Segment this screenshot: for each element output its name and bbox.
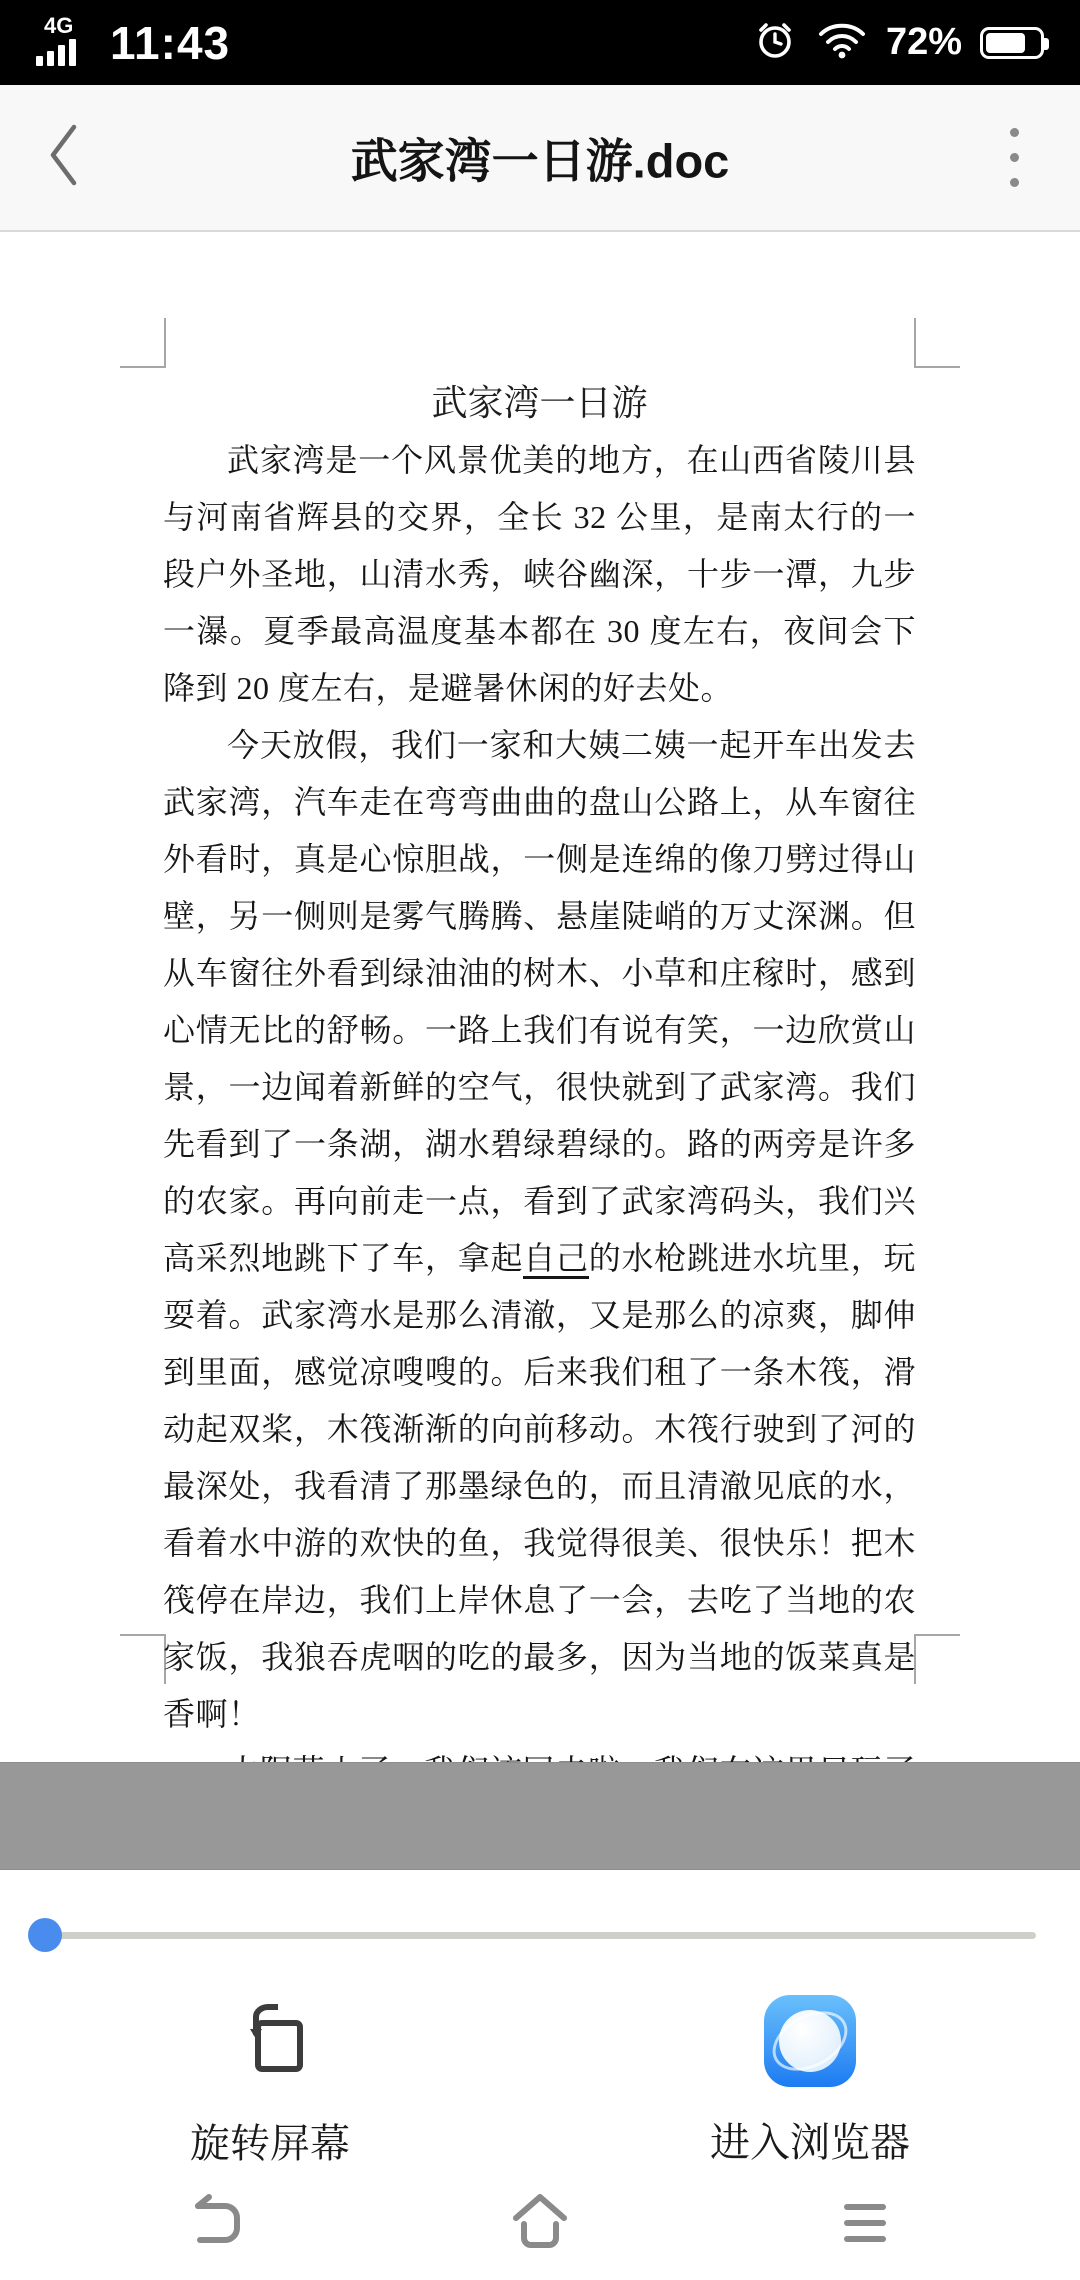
page-corner-mark xyxy=(914,1634,960,1684)
menu-three-lines-icon xyxy=(825,2183,905,2268)
open-browser-label: 进入浏览器 xyxy=(710,2111,910,2168)
action-toolbar: 旋转屏幕 进入浏览器 xyxy=(0,1995,1080,2170)
rotate-screen-icon xyxy=(226,1995,314,2088)
nav-back-button[interactable] xyxy=(175,2185,255,2265)
open-browser-button[interactable]: 进入浏览器 xyxy=(540,1995,1080,2170)
signal-bars-icon xyxy=(36,39,76,66)
nav-menu-button[interactable] xyxy=(825,2185,905,2265)
system-nav-bar xyxy=(0,2170,1080,2280)
document-viewer[interactable]: 武家湾一日游 武家湾是一个风景优美的地方，在山西省陵川县与河南省辉县的交界，全长… xyxy=(0,232,1080,1762)
status-left: 4G 11:43 xyxy=(36,15,230,71)
nav-home-button[interactable] xyxy=(500,2185,580,2265)
paragraph-3: 太阳落山了，我们该回去啦，我们在这里只玩了一天，我很依依不舍得地向武家湾道了别，… xyxy=(163,1743,916,1762)
alarm-clock-icon xyxy=(752,17,798,68)
page-gap-band xyxy=(0,1762,1080,1870)
paragraph-2: 今天放假，我们一家和大姨二姨一起开车出发去武家湾，汽车走在弯弯曲曲的盘山公路上，… xyxy=(163,717,916,1743)
rotate-screen-button[interactable]: 旋转屏幕 xyxy=(0,1995,540,2170)
page-corner-mark xyxy=(120,1634,166,1684)
paragraph-2-text: 今天放假，我们一家和大姨二姨一起开车出发去武家湾，汽车走在弯弯曲曲的盘山公路上，… xyxy=(163,727,916,1276)
page-corner-mark xyxy=(914,318,960,368)
battery-percent-label: 72% xyxy=(886,21,962,64)
wifi-icon xyxy=(816,18,868,67)
chevron-left-icon xyxy=(41,119,85,196)
paragraph-3-text: 太阳落山了，我们该回去啦，我们在这里只玩了一天，我很依依不舍得地向武家湾道了别，… xyxy=(163,1753,916,1762)
paragraph-1-text: 武家湾是一个风景优美的地方，在山西省陵川县与河南省辉县的交界，全长 32 公里，… xyxy=(163,442,916,706)
underlined-word: 自己 xyxy=(523,1240,589,1279)
back-button[interactable] xyxy=(28,113,98,203)
document-title-bar: 武家湾一日游.doc xyxy=(351,124,730,191)
page-corner-mark xyxy=(120,318,166,368)
page-position-slider[interactable] xyxy=(0,1870,1080,2000)
status-right: 72% xyxy=(752,17,1044,68)
app-header: 武家湾一日游.doc xyxy=(0,85,1080,232)
phone-screen: 4G 11:43 7 xyxy=(0,0,1080,2280)
back-return-arrow-icon xyxy=(175,2183,255,2268)
browser-globe-icon xyxy=(764,1995,856,2087)
document-content: 武家湾一日游 武家湾是一个风景优美的地方，在山西省陵川县与河南省辉县的交界，全长… xyxy=(163,375,916,1762)
paragraph-1: 武家湾是一个风景优美的地方，在山西省陵川县与河南省辉县的交界，全长 32 公里，… xyxy=(163,432,916,717)
battery-icon xyxy=(980,27,1044,59)
paragraph-2-text-cont: 的水枪跳进水坑里，玩耍着。武家湾水是那么清澈，又是那么的凉爽，脚伸到里面，感觉凉… xyxy=(163,1240,916,1732)
slider-track[interactable] xyxy=(30,1932,1036,1939)
signal-strength-icon: 4G xyxy=(36,15,92,71)
home-icon xyxy=(500,2183,580,2268)
more-vertical-icon xyxy=(1010,128,1019,137)
document-heading: 武家湾一日游 xyxy=(163,375,916,432)
rotate-screen-label: 旋转屏幕 xyxy=(190,2112,350,2169)
network-type-label: 4G xyxy=(44,15,73,37)
slider-thumb[interactable] xyxy=(28,1918,62,1952)
clock-time: 11:43 xyxy=(110,16,230,70)
more-menu-button[interactable] xyxy=(984,108,1044,208)
status-bar: 4G 11:43 7 xyxy=(0,0,1080,85)
